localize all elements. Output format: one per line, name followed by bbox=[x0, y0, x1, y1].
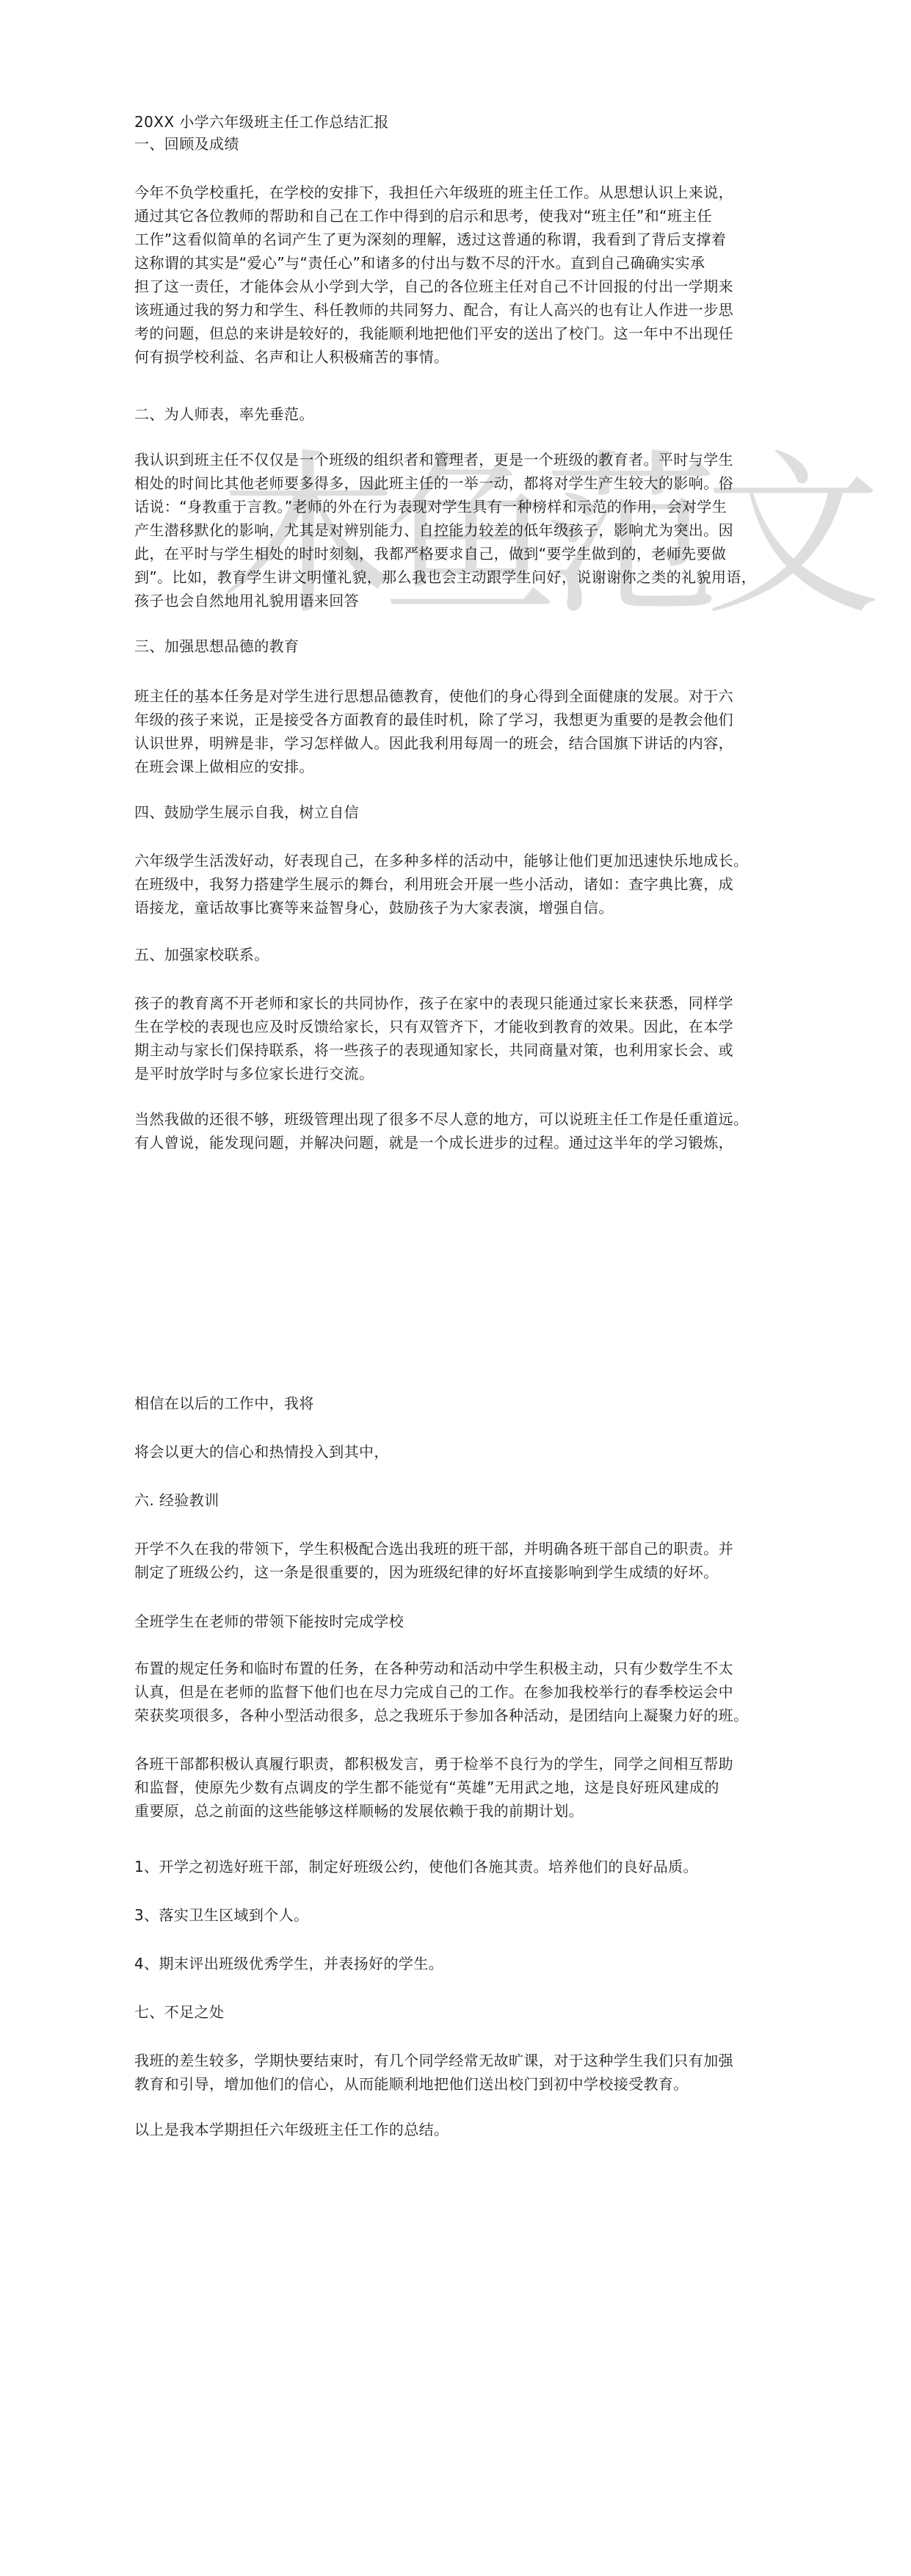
paragraph-home-school: 孩子的教育离不开老师和家长的共同协作，孩子在家中的表现只能通过家长来获悉，同样学… bbox=[134, 991, 780, 1085]
list-item-1: 1、开学之初选好班干部，制定好班级公约，使他们各施其责。培养他们的良好品质。 bbox=[134, 1855, 780, 1878]
section-heading-7: 七、不足之处 bbox=[134, 2000, 780, 2024]
paragraph-class-cadre: 开学不久在我的带领下，学生积极配合选出我班的班干部，并明确各班干部自己的职责。并… bbox=[134, 1537, 780, 1584]
paragraph-role-model: 我认识到班主任不仅仅是一个班级的组织者和管理者，更是一个班级的教育者。平时与学生… bbox=[134, 448, 780, 612]
closing-statement: 以上是我本学期担任六年级班主任工作的总结。 bbox=[134, 2118, 780, 2141]
section-heading-2: 二、为人师表，率先垂范。 bbox=[134, 402, 780, 426]
section-heading-5: 五、加强家校联系。 bbox=[134, 943, 780, 966]
list-item-4: 4、期末评出班级优秀学生，并表扬好的学生。 bbox=[134, 1952, 780, 1975]
section-heading-1: 一、回顾及成绩 bbox=[134, 132, 780, 156]
section-heading-3: 三、加强思想品德的教育 bbox=[134, 634, 780, 658]
paragraph-review: 今年不负学校重托，在学校的安排下，我担任六年级班的班主任工作。从思想认识上来说，… bbox=[134, 181, 780, 369]
list-item-3: 3、落实卫生区域到个人。 bbox=[134, 1903, 780, 1927]
paragraph-self-confidence: 六年级学生活泼好动，好表现自己，在多种多样的活动中，能够让他们更加迅速快乐地成长… bbox=[134, 849, 780, 919]
paragraph-moral-education: 班主任的基本任务是对学生进行思想品德教育，使他们的身心得到全面健康的发展。对于六… bbox=[134, 684, 780, 778]
paragraph-shortcomings-intro: 当然我做的还很不够，班级管理出现了很多不尽人意的地方，可以说班主任工作是任重道远… bbox=[134, 1107, 780, 1154]
document-page: 木鱼范文 20XX 小学六年级班主任工作总结汇报 一、回顾及成绩 今年不负学校重… bbox=[0, 0, 911, 2576]
paragraph-cadre-duties: 各班干部都积极认真履行职责，都积极发言，勇于检举不良行为的学生，同学之间相互帮助… bbox=[134, 1752, 780, 1823]
document-title: 20XX 小学六年级班主任工作总结汇报 bbox=[134, 110, 780, 134]
paragraph-tasks: 布置的规定任务和临时布置的任务，在各种劳动和活动中学生积极主动，只有少数学生不太… bbox=[134, 1657, 780, 1727]
paragraph-deficiencies: 我班的差生较多，学期快要结束时，有几个同学经常无故旷课，对于这种学生我们只有加强… bbox=[134, 2049, 780, 2096]
paragraph-tasks-intro: 全班学生在老师的带领下能按时完成学校 bbox=[134, 1610, 780, 1633]
paragraph-continuation-2: 将会以更大的信心和热情投入到其中， bbox=[134, 1440, 780, 1464]
section-heading-6: 六. 经验教训 bbox=[134, 1488, 780, 1512]
paragraph-continuation-1: 相信在以后的工作中，我将 bbox=[134, 1392, 780, 1415]
section-heading-4: 四、鼓励学生展示自我，树立自信 bbox=[134, 800, 780, 824]
